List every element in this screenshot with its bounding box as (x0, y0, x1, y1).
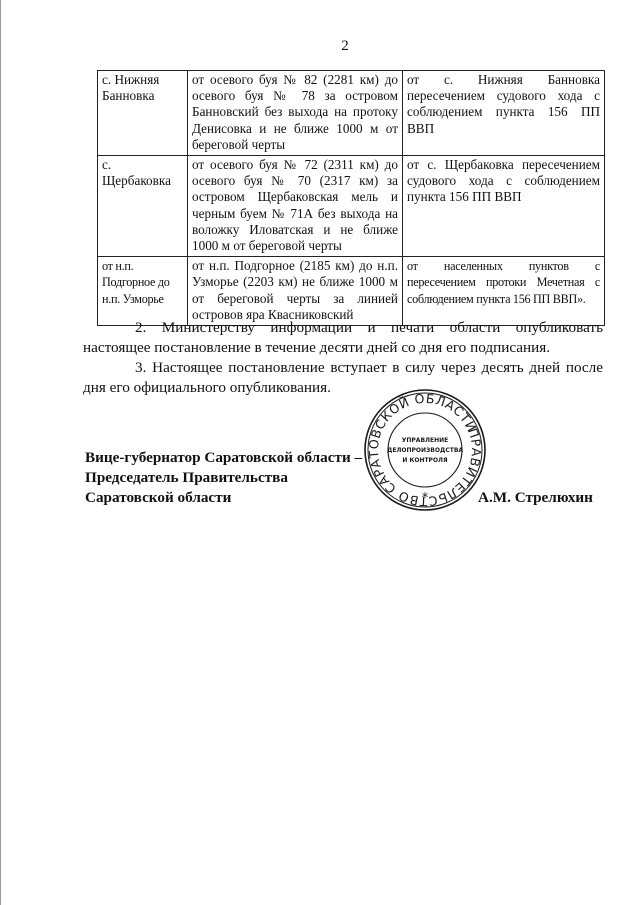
scan-left-edge (0, 0, 1, 905)
cell-place: от н.п. Подгорное до н.п. Узморье (98, 257, 188, 326)
official-seal-icon: ПРАВИТЕЛЬСТВО САРАТОВСКОЙ ОБЛАСТИ УПРАВЛ… (360, 385, 490, 515)
cell-place: с. Щербаковка (98, 156, 188, 257)
signer-title-line2: Председатель Правительства (85, 468, 362, 488)
routes-table: с. Нижняя Банновка от осевого буя № 82 (… (97, 70, 605, 326)
cell-place: с. Нижняя Банновка (98, 71, 188, 156)
seal-inner-line2: ДЕЛОПРОИЗВОДСТВА (387, 447, 463, 454)
cell-crossing: от с. Нижняя Банновка пересечением судов… (403, 71, 605, 156)
cell-route: от осевого буя № 82 (2281 км) до осевого… (188, 71, 403, 156)
cell-route: от н.п. Подгорное (2185 км) до н.п. Узмо… (188, 257, 403, 326)
paragraph-3: 3. Настоящее постановление вступает в си… (83, 358, 603, 398)
table-row: от н.п. Подгорное до н.п. Узморье от н.п… (98, 257, 605, 326)
cell-route: от осевого буя № 72 (2311 км) до осевого… (188, 156, 403, 257)
paragraph-text: 3. Настоящее постановление вступает в си… (83, 359, 603, 396)
signer-name: А.М. Стрелюхин (478, 488, 593, 508)
page-number: 2 (0, 38, 640, 55)
paragraph-text: 2. Министерству информации и печати обла… (83, 319, 603, 356)
paragraph-2: 2. Министерству информации и печати обла… (83, 318, 603, 358)
seal-inner-line3: И КОНТРОЛЯ (402, 457, 448, 464)
cell-crossing: от с. Щербаковка пересечением судового х… (403, 156, 605, 257)
signer-title-line3: Саратовской области (85, 488, 362, 508)
seal-inner-line1: УПРАВЛЕНИЕ (402, 437, 449, 444)
seal-star: * (422, 491, 429, 506)
signature-block: Вице-губернатор Саратовской области – Пр… (85, 448, 362, 508)
signer-title-line1: Вице-губернатор Саратовской области – (85, 448, 362, 468)
cell-crossing: от населенных пунктов с пересечением про… (403, 257, 605, 326)
table-row: с. Нижняя Банновка от осевого буя № 82 (… (98, 71, 605, 156)
table-row: с. Щербаковка от осевого буя № 72 (2311 … (98, 156, 605, 257)
